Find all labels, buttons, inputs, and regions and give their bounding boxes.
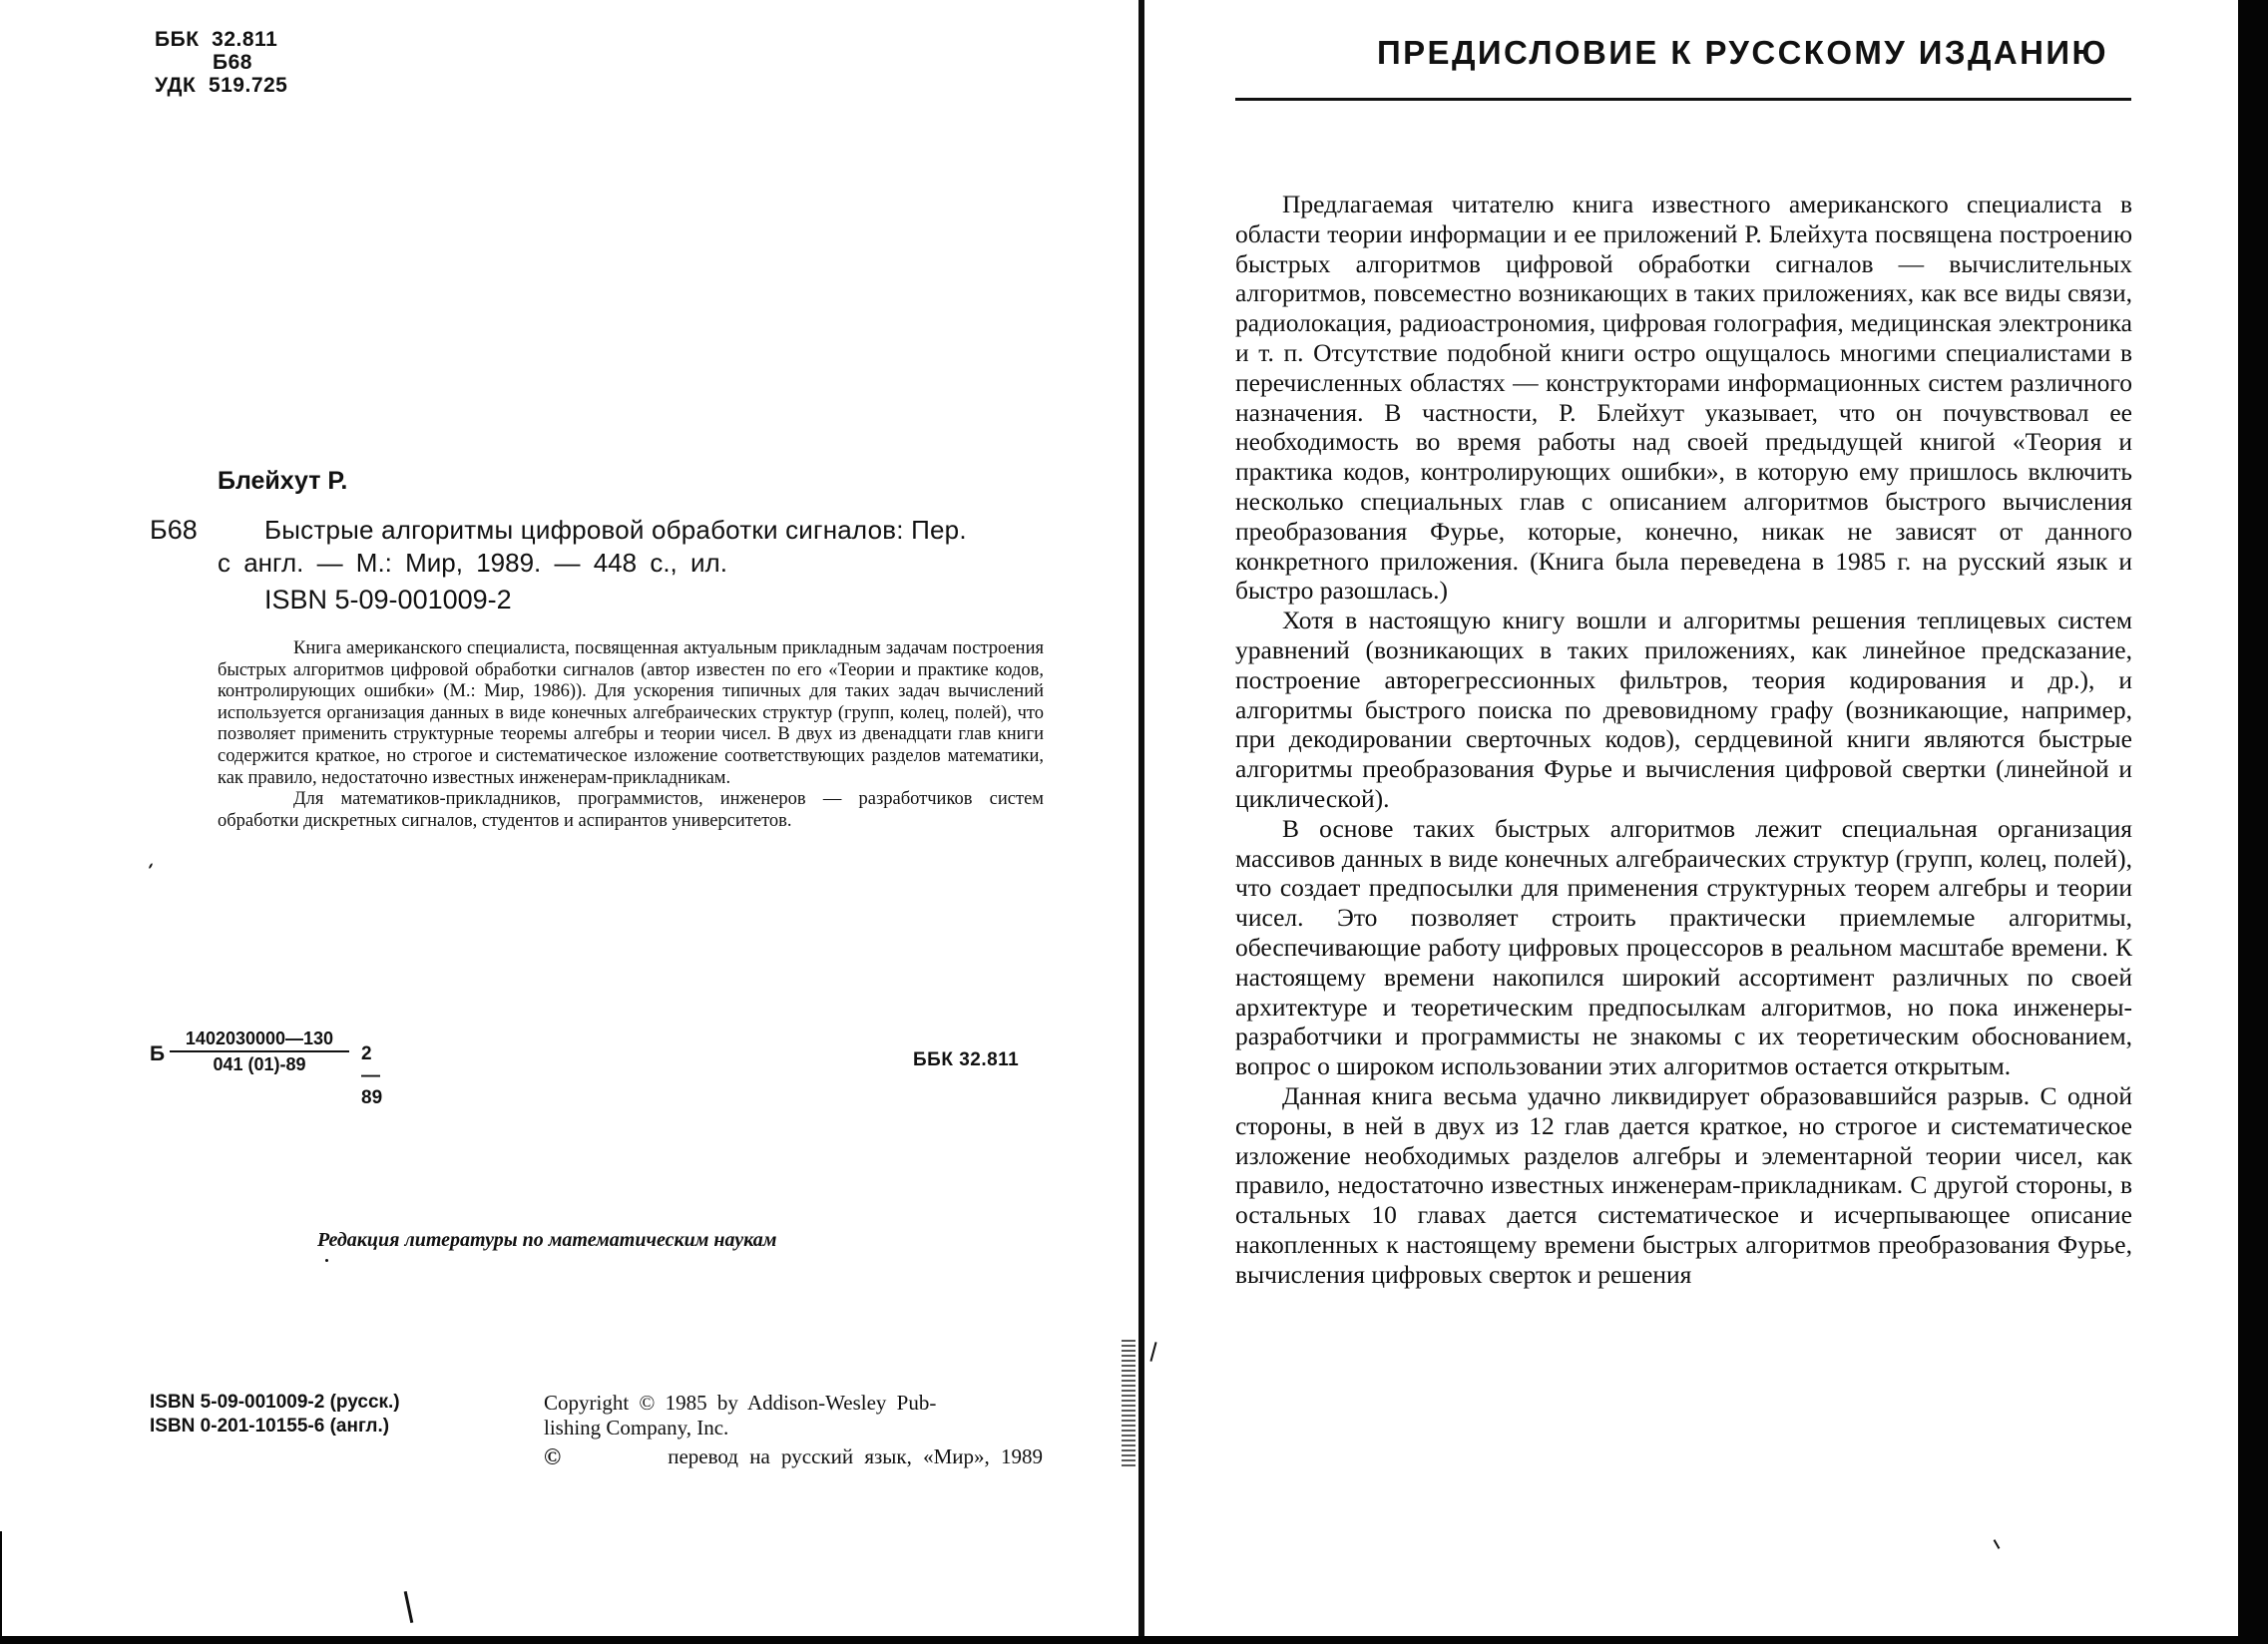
bbk-classification: ББК 32.811 (155, 28, 277, 52)
book-gutter (1138, 0, 1144, 1636)
publication-code-fraction: 1402030000—130 041 (01)-89 (170, 1027, 349, 1075)
preface-paragraph-3: В основе таких быстрых алгоритмов лежит … (1235, 814, 2132, 1081)
title-rule (1235, 98, 2131, 101)
fraction-numerator: 1402030000—130 (170, 1027, 349, 1049)
right-page: ПРЕДИСЛОВИЕ К РУССКОМУ ИЗДАНИЮ Предлагае… (1147, 0, 2238, 1636)
udk-classification: УДК 519.725 (155, 74, 287, 98)
editorial-department: Редакция литературы по математическим на… (317, 1229, 776, 1252)
catalog-author: Блейхут Р. (218, 467, 347, 496)
catalog-code: Б68 (150, 515, 198, 546)
preface-paragraph-4: Данная книга весьма удачно ликвидирует о… (1235, 1081, 2132, 1290)
author-mark: Б68 (213, 51, 252, 75)
copyright-icon: © (544, 1444, 561, 1469)
catalog-isbn: ISBN 5-09-001009-2 (264, 585, 512, 616)
gutter-shadow (1122, 1337, 1135, 1466)
book-annotation: Книга американского специалиста, посвяще… (218, 638, 1044, 832)
scan-speck (325, 1259, 328, 1262)
left-page: ББК 32.811 Б68 УДК 519.725 Блейхут Р. Б6… (0, 0, 1137, 1636)
copyright-line-2: lishing Company, Inc. (544, 1416, 1043, 1440)
translation-copyright: перевод на русский язык, «Мир», 1989 (668, 1444, 1043, 1469)
fraction-bar (170, 1050, 349, 1052)
bbk-footer: ББК 32.811 (913, 1049, 1019, 1071)
annotation-audience: Для математиков-прикладников, программис… (218, 789, 1044, 832)
isbn-list: ISBN 5-09-001009-2 (русск.) ISBN 0-201-1… (150, 1391, 400, 1438)
scan-border-bottom (0, 1636, 2268, 1644)
catalog-title-line-2: с англ. — М.: Мир, 1989. — 448 с., ил. (218, 548, 727, 579)
preface-paragraph-2: Хотя в настоящую книгу вошли и алгоритмы… (1235, 606, 2132, 814)
copyright-notice: Copyright © 1985 by Addison-Wesley Pub- … (544, 1391, 1043, 1469)
scan-scratch (404, 1591, 414, 1623)
catalog-title-line-1: Быстрые алгоритмы цифровой обработки сиг… (264, 515, 967, 546)
copyright-line-1: Copyright © 1985 by Addison-Wesley Pub- (544, 1391, 1043, 1416)
annotation-paragraph: Книга американского специалиста, посвяще… (218, 638, 1044, 789)
isbn-russian: ISBN 5-09-001009-2 (русск.) (150, 1391, 400, 1415)
scan-scratch (1994, 1539, 2001, 1549)
publication-code-suffix: 2—89 (361, 1043, 382, 1109)
copyright-line-3: © перевод на русский язык, «Мир», 1989 (544, 1444, 1043, 1469)
preface-body: Предлагаемая читателю книга известного а… (1235, 190, 2132, 1289)
scan-border-right (2238, 0, 2268, 1644)
scan-border-left (0, 1531, 2, 1636)
chapter-title: ПРЕДИСЛОВИЕ К РУССКОМУ ИЗДАНИЮ (1377, 34, 2108, 72)
scan-scratch (1149, 1342, 1156, 1362)
publication-code-prefix: Б (150, 1042, 165, 1066)
fraction-denominator: 041 (01)-89 (170, 1053, 349, 1075)
isbn-english: ISBN 0-201-10155-6 (англ.) (150, 1415, 400, 1438)
scan-speck (149, 863, 154, 869)
preface-paragraph-1: Предлагаемая читателю книга известного а… (1235, 190, 2132, 606)
